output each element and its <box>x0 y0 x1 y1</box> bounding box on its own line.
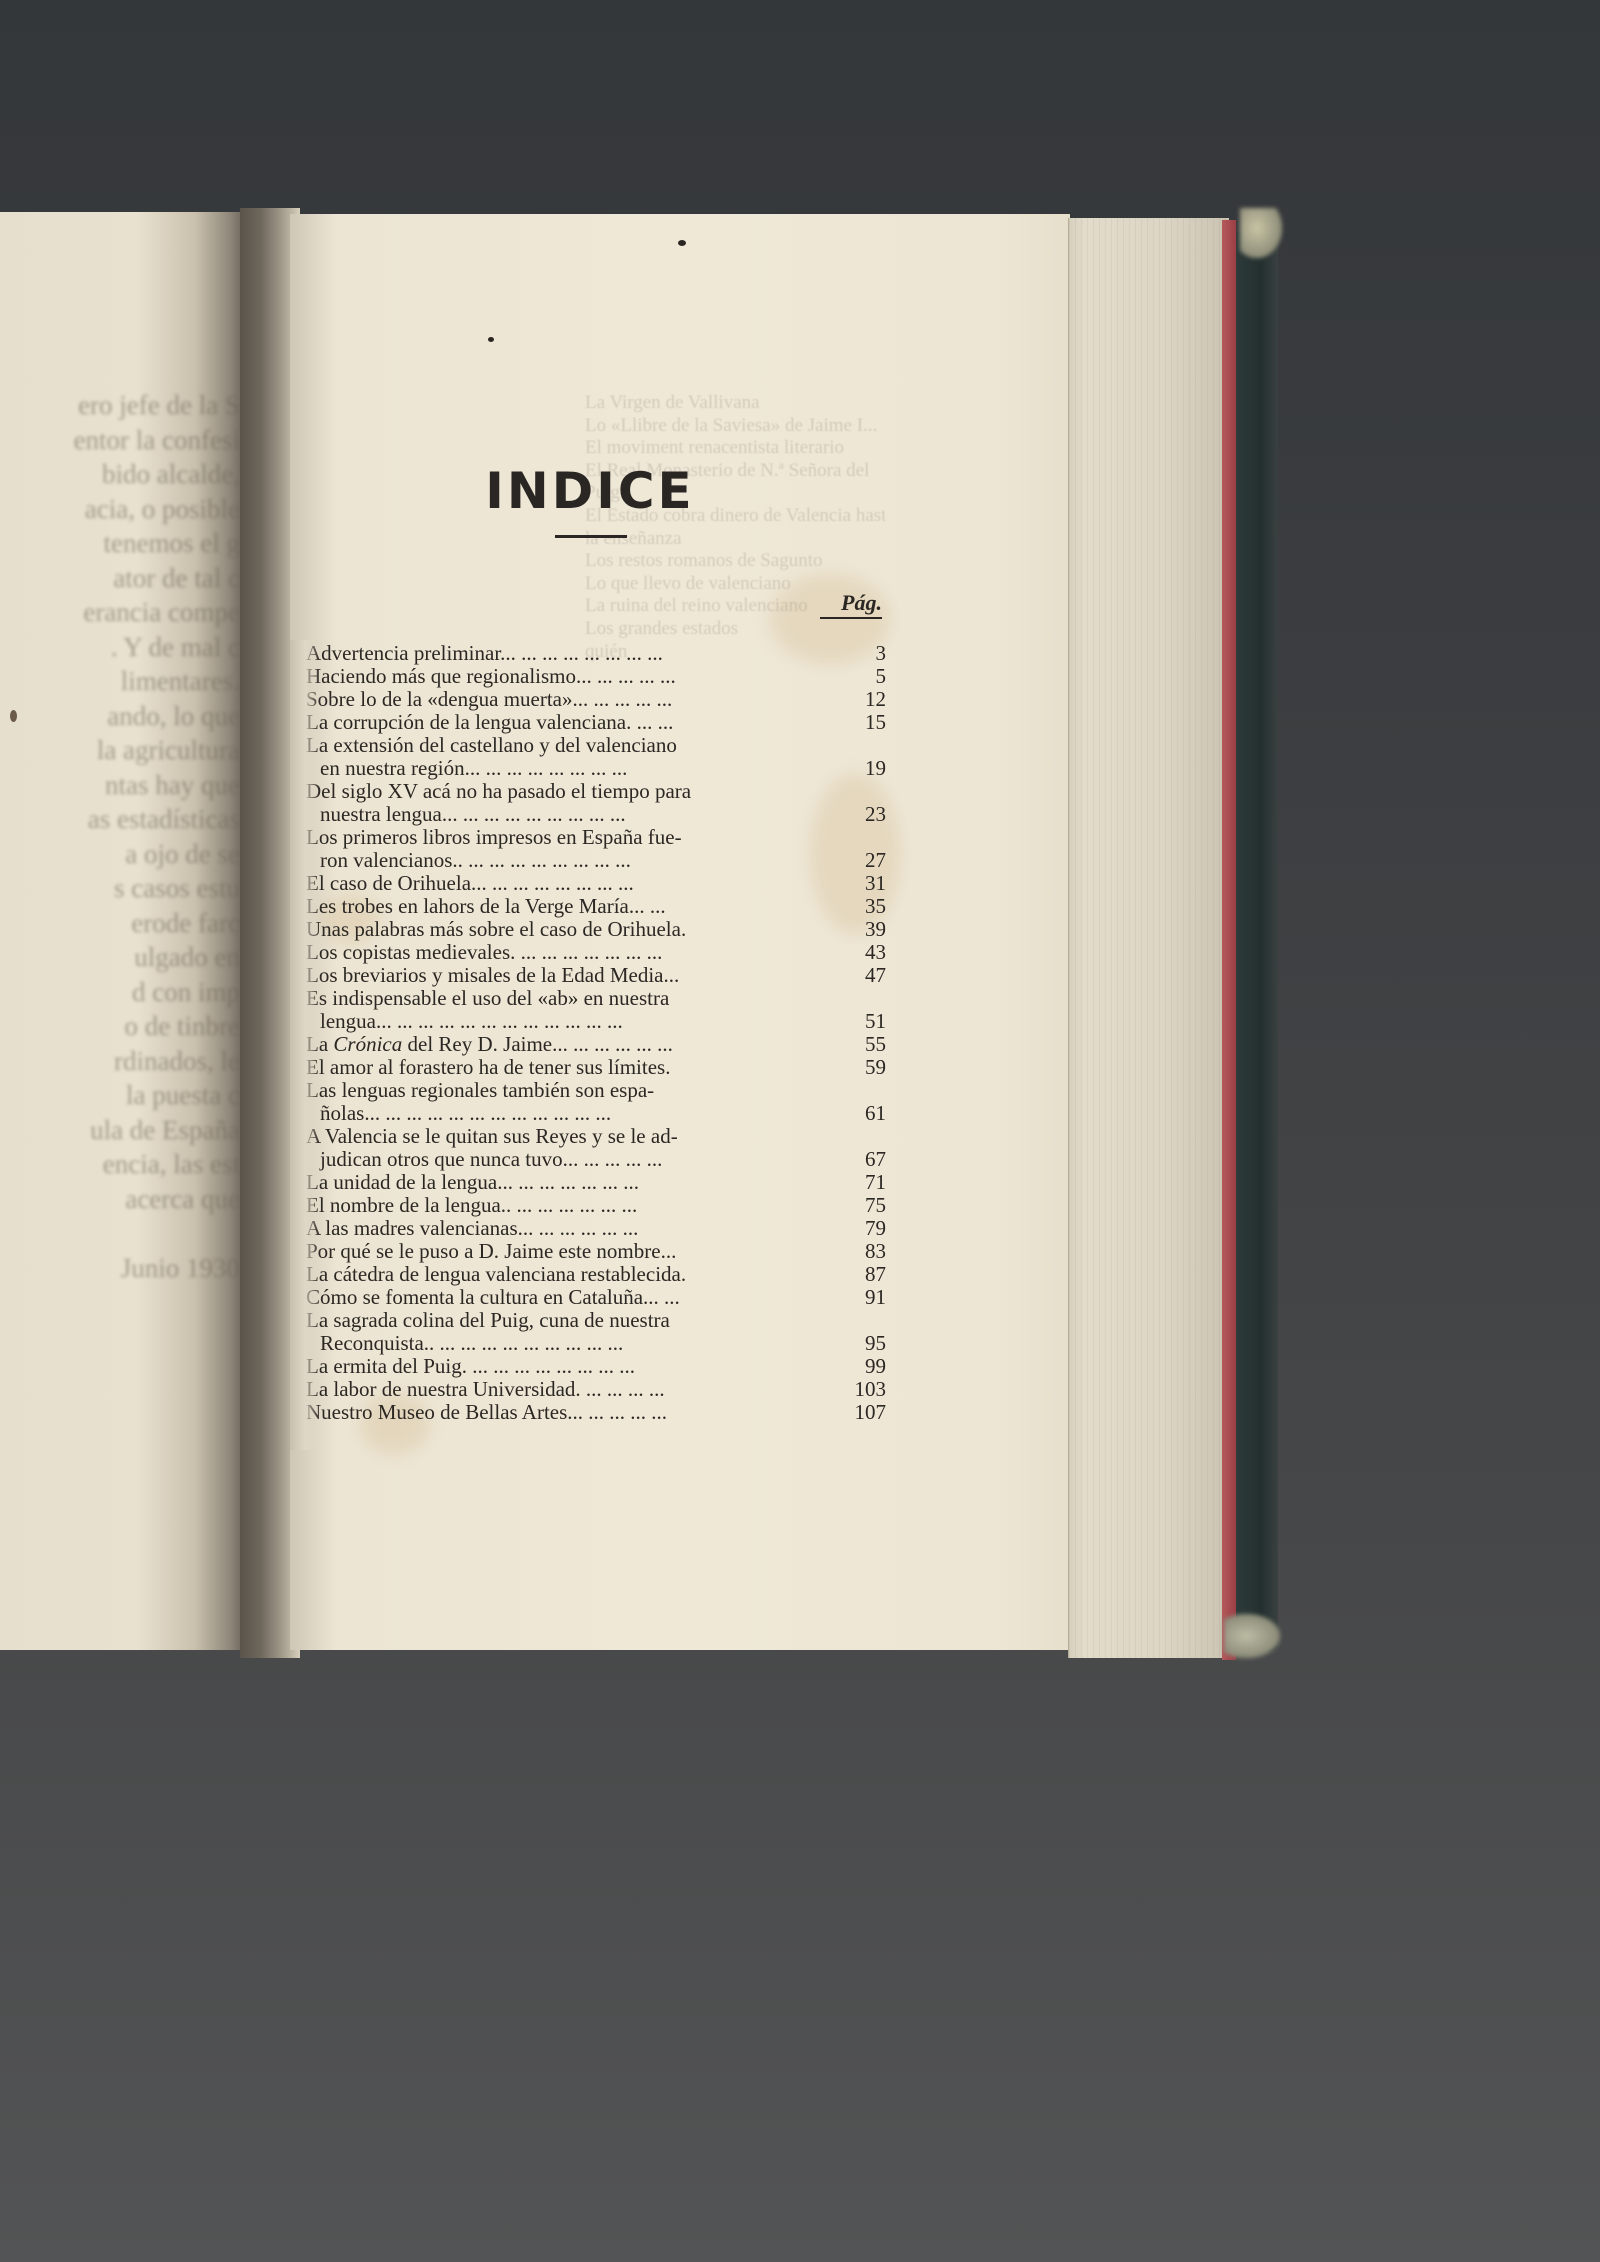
toc-entry-title: Reconquista.. ... ... ... ... ... ... ..… <box>306 1332 886 1355</box>
page-fore-edge <box>1068 218 1229 1658</box>
left-page-line: ero jefe de la S <box>0 388 240 423</box>
toc-entry: Por qué se le puso a D. Jaime este nombr… <box>306 1240 886 1263</box>
toc-entry-title: ñolas... ... ... ... ... ... ... ... ...… <box>306 1102 886 1125</box>
toc-entry: Haciendo más que regionalismo... ... ...… <box>306 665 886 688</box>
toc-page-number: 47 <box>836 964 886 987</box>
left-page-line <box>0 1216 240 1251</box>
toc-entry-title: La ermita del Puig. ... ... ... ... ... … <box>306 1355 886 1378</box>
bleed-through-line: Los grandes estados <box>585 618 885 641</box>
toc-page-number: 12 <box>836 688 886 711</box>
left-page-line: a ojo de se <box>0 837 240 872</box>
toc-entry-title: El caso de Orihuela... ... ... ... ... .… <box>306 872 886 895</box>
toc-entry-title: Las lenguas regionales también son espa- <box>306 1079 886 1102</box>
toc-entry-title: El amor al forastero ha de tener sus lím… <box>306 1056 886 1079</box>
ink-speck <box>678 240 686 246</box>
toc-entry-title: Les trobes en lahors de la Verge María..… <box>306 895 886 918</box>
toc-entry-title: judican otros que nunca tuvo... ... ... … <box>306 1148 886 1171</box>
bleed-through-line: La Virgen de Vallivana <box>585 392 885 415</box>
toc-page-number: 91 <box>836 1286 886 1309</box>
left-page-line: la agricultura <box>0 733 240 768</box>
toc-page-number: 95 <box>836 1332 886 1355</box>
toc-page-number: 103 <box>836 1378 886 1401</box>
toc-page-number: 35 <box>836 895 886 918</box>
toc-entry: Es indispensable el uso del «ab» en nues… <box>306 987 886 1033</box>
left-page-line: s casos estu <box>0 871 240 906</box>
bleed-through-line: Lo «Llibre de la Saviesa» de Jaime I... <box>585 415 885 438</box>
toc-entry: La Crónica del Rey D. Jaime... ... ... .… <box>306 1033 886 1056</box>
toc-entry: Unas palabras más sobre el caso de Orihu… <box>306 918 886 941</box>
toc-page-number: 15 <box>836 711 886 734</box>
toc-page-number: 5 <box>836 665 886 688</box>
toc-entry-title: Del siglo XV acá no ha pasado el tiempo … <box>306 780 886 803</box>
left-page-line: ntas hay que <box>0 768 240 803</box>
toc-entry-title: La labor de nuestra Universidad. ... ...… <box>306 1378 886 1401</box>
toc-page-number: 31 <box>836 872 886 895</box>
toc-entry-title: La sagrada colina del Puig, cuna de nues… <box>306 1309 886 1332</box>
toc-entry-title: Los breviarios y misales de la Edad Medi… <box>306 964 886 987</box>
toc-entry-title: La unidad de la lengua... ... ... ... ..… <box>306 1171 886 1194</box>
toc-entry: Les trobes en lahors de la Verge María..… <box>306 895 886 918</box>
toc-page-number: 43 <box>836 941 886 964</box>
toc-entry: La ermita del Puig. ... ... ... ... ... … <box>306 1355 886 1378</box>
left-page-line: acia, o posible <box>0 492 240 527</box>
toc-entry: El nombre de la lengua.. ... ... ... ...… <box>306 1194 886 1217</box>
left-page-line: ando, lo que <box>0 699 240 734</box>
bleed-through-line: El moviment renacentista literario <box>585 437 885 460</box>
toc-entry: La labor de nuestra Universidad. ... ...… <box>306 1378 886 1401</box>
toc-entry: A las madres valencianas... ... ... ... … <box>306 1217 886 1240</box>
toc-page-number: 87 <box>836 1263 886 1286</box>
toc-page-number: 61 <box>836 1102 886 1125</box>
left-page-line: Junio 1930 <box>0 1251 240 1286</box>
left-page-line: bido alcalde, <box>0 457 240 492</box>
toc-page-number: 79 <box>836 1217 886 1240</box>
toc-entry-title: Los primeros libros impresos en España f… <box>306 826 886 849</box>
toc-entry-title: La Crónica del Rey D. Jaime... ... ... .… <box>306 1033 886 1056</box>
left-page-line: ula de España <box>0 1113 240 1148</box>
toc-entry-title: en nuestra región... ... ... ... ... ...… <box>306 757 886 780</box>
left-page-line: encia, las est <box>0 1147 240 1182</box>
toc-page-number: 59 <box>836 1056 886 1079</box>
bleed-through-line: la enseñanza <box>585 528 885 551</box>
title-underline <box>555 535 627 538</box>
toc-entry-title: Sobre lo de la «dengua muerta»... ... ..… <box>306 688 886 711</box>
toc-page-number: 67 <box>836 1148 886 1171</box>
toc-entry: Las lenguas regionales también son espa-… <box>306 1079 886 1125</box>
toc-entry: La corrupción de la lengua valenciana. .… <box>306 711 886 734</box>
toc-page-number: 19 <box>836 757 886 780</box>
toc-entry-title: Es indispensable el uso del «ab» en nues… <box>306 987 886 1010</box>
toc-entry-title: lengua... ... ... ... ... ... ... ... ..… <box>306 1010 886 1033</box>
toc-entry-title: Nuestro Museo de Bellas Artes... ... ...… <box>306 1401 886 1424</box>
headband-bottom <box>1224 1614 1280 1658</box>
toc-entry: Nuestro Museo de Bellas Artes... ... ...… <box>306 1401 886 1424</box>
toc-entry-title: Advertencia preliminar... ... ... ... ..… <box>306 642 886 665</box>
toc-entry: Advertencia preliminar... ... ... ... ..… <box>306 642 886 665</box>
left-page-line: ulgado en <box>0 940 240 975</box>
toc-entry-title: Unas palabras más sobre el caso de Orihu… <box>306 918 886 941</box>
left-page-line: limentares. <box>0 664 240 699</box>
toc-entry-title: Cómo se fomenta la cultura en Cataluña..… <box>306 1286 886 1309</box>
ink-speck <box>10 710 17 722</box>
toc-entry-title: La cátedra de lengua valenciana restable… <box>306 1263 886 1286</box>
toc-page-number: 71 <box>836 1171 886 1194</box>
left-page-text: ero jefe de la Sentor la confesibido alc… <box>0 388 250 1285</box>
bleed-through-text: La Virgen de VallivanaLo «Llibre de la S… <box>585 392 885 663</box>
toc-entry: A Valencia se le quitan sus Reyes y se l… <box>306 1125 886 1171</box>
book-cover-edge <box>1236 232 1278 1652</box>
toc-entry: Los breviarios y misales de la Edad Medi… <box>306 964 886 987</box>
toc-entry-title: Haciendo más que regionalismo... ... ...… <box>306 665 886 688</box>
toc-entry: Cómo se fomenta la cultura en Cataluña..… <box>306 1286 886 1309</box>
left-page-line: acerca que <box>0 1182 240 1217</box>
toc-page-number: 39 <box>836 918 886 941</box>
toc-entry-title: nuestra lengua... ... ... ... ... ... ..… <box>306 803 886 826</box>
toc-entry: Los copistas medievales. ... ... ... ...… <box>306 941 886 964</box>
toc-page-number: 55 <box>836 1033 886 1056</box>
toc-entry: Los primeros libros impresos en España f… <box>306 826 886 872</box>
toc-entry: El caso de Orihuela... ... ... ... ... .… <box>306 872 886 895</box>
toc-entry-title: A las madres valencianas... ... ... ... … <box>306 1217 886 1240</box>
left-page-line: entor la confesi <box>0 423 240 458</box>
toc-page-number: 107 <box>836 1401 886 1424</box>
toc-entry: Del siglo XV acá no ha pasado el tiempo … <box>306 780 886 826</box>
toc-entry-title: ron valencianos.. ... ... ... ... ... ..… <box>306 849 886 872</box>
left-page-line: rdinados, le <box>0 1044 240 1079</box>
toc-page-number: 75 <box>836 1194 886 1217</box>
toc-page-number: 23 <box>836 803 886 826</box>
left-page-line: as estadísticas <box>0 802 240 837</box>
toc-entry-title: A Valencia se le quitan sus Reyes y se l… <box>306 1125 886 1148</box>
toc-entry: La sagrada colina del Puig, cuna de nues… <box>306 1309 886 1355</box>
headband-top <box>1240 208 1282 258</box>
left-page-line: erancia compe <box>0 595 240 630</box>
ink-speck <box>488 337 494 342</box>
toc-entry-title: El nombre de la lengua.. ... ... ... ...… <box>306 1194 886 1217</box>
toc-page-number: 27 <box>836 849 886 872</box>
toc-entry: La extensión del castellano y del valenc… <box>306 734 886 780</box>
left-page-line: d con imp <box>0 975 240 1010</box>
page-title: INDICE <box>290 462 890 520</box>
toc-entry: Sobre lo de la «dengua muerta»... ... ..… <box>306 688 886 711</box>
toc-entry-title: La extensión del castellano y del valenc… <box>306 734 886 757</box>
toc-page-number: 3 <box>836 642 886 665</box>
left-page-line: la puesta c <box>0 1078 240 1113</box>
toc-page-number: 51 <box>836 1010 886 1033</box>
toc-page-number: 83 <box>836 1240 886 1263</box>
toc-entry-title: Los copistas medievales. ... ... ... ...… <box>306 941 886 964</box>
table-of-contents: Advertencia preliminar... ... ... ... ..… <box>306 642 886 1424</box>
left-page: ero jefe de la Sentor la confesibido alc… <box>0 212 250 1650</box>
toc-entry: La cátedra de lengua valenciana restable… <box>306 1263 886 1286</box>
toc-page-number: 99 <box>836 1355 886 1378</box>
toc-entry: El amor al forastero ha de tener sus lím… <box>306 1056 886 1079</box>
red-edge-stripe <box>1222 220 1236 1660</box>
bleed-through-line: Los restos romanos de Sagunto <box>585 550 885 573</box>
toc-entry-title: La corrupción de la lengua valenciana. .… <box>306 711 886 734</box>
toc-entry: La unidad de la lengua... ... ... ... ..… <box>306 1171 886 1194</box>
page-column-header: Pág. <box>820 590 882 619</box>
left-page-line: . Y de mal c <box>0 630 240 665</box>
left-page-line: erode farc <box>0 906 240 941</box>
toc-entry-title: Por qué se le puso a D. Jaime este nombr… <box>306 1240 886 1263</box>
left-page-line: o de tinbre <box>0 1009 240 1044</box>
left-page-line: ator de tal c <box>0 561 240 596</box>
left-page-line: tenemos el g <box>0 526 240 561</box>
